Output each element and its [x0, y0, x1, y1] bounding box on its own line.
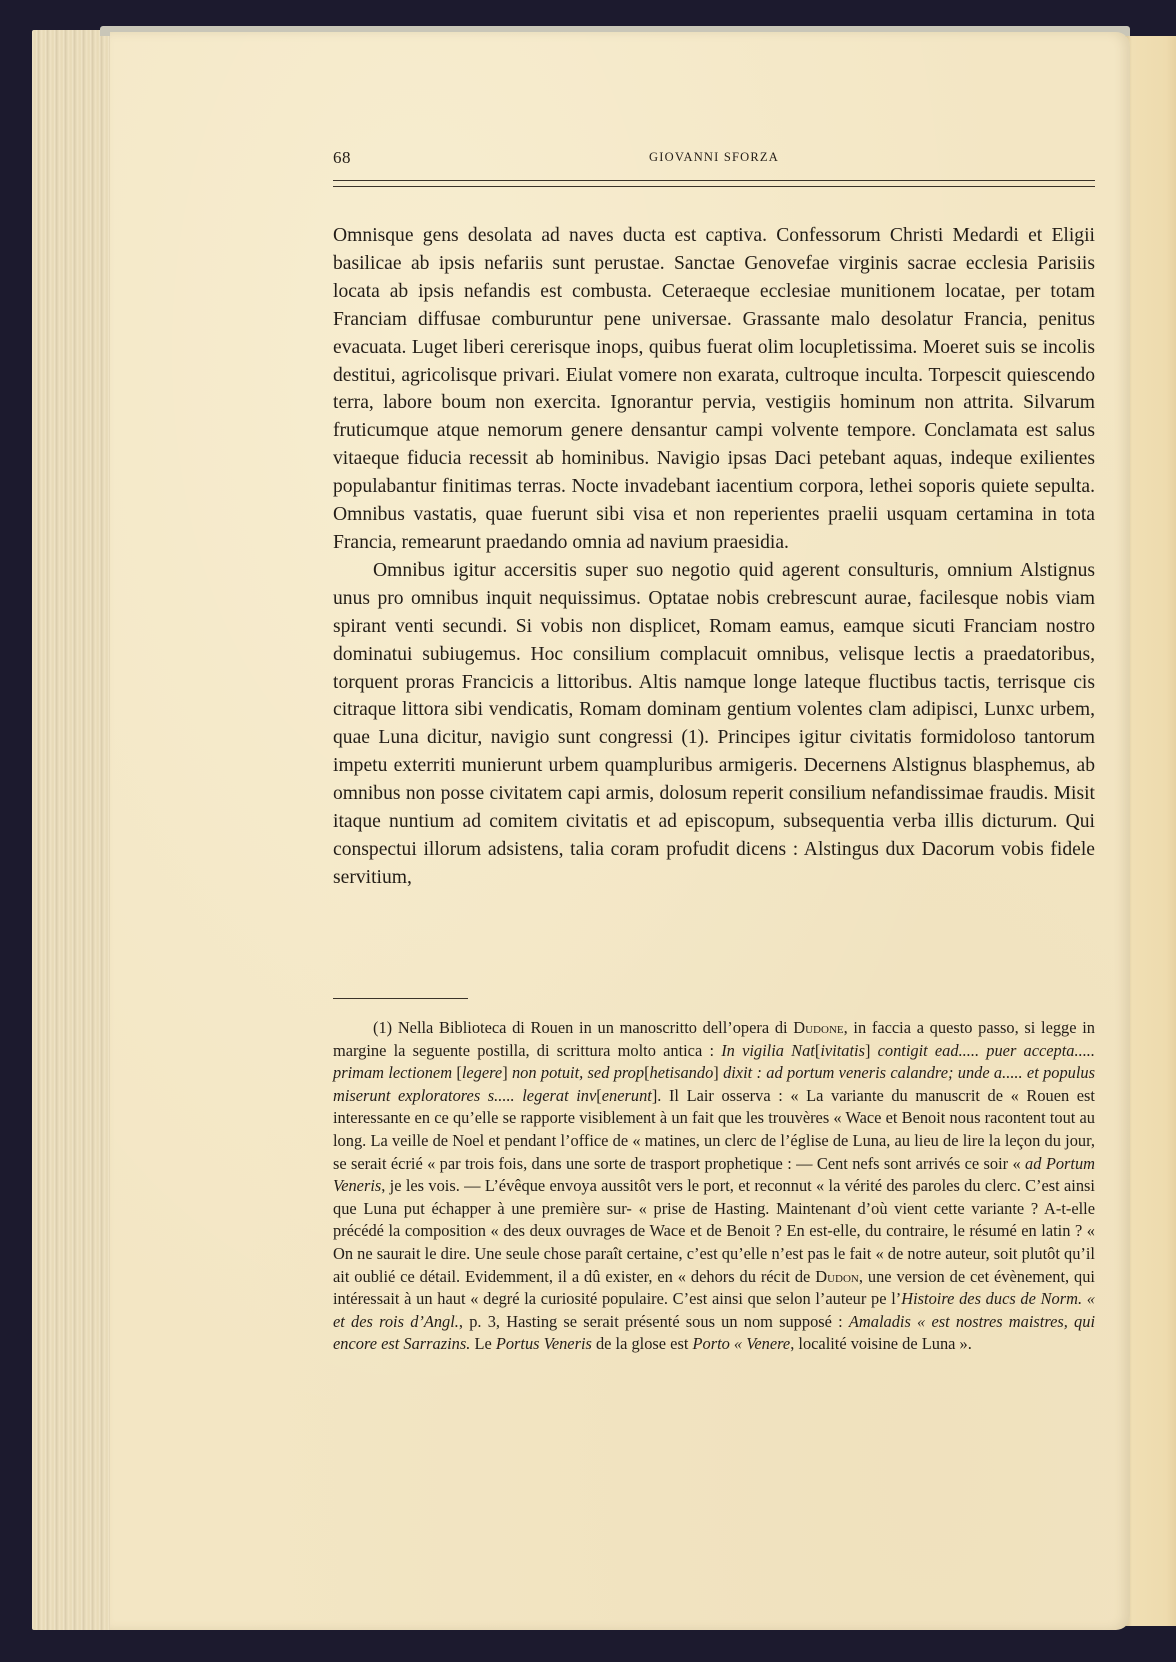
- footnote-1: (1) Nella Biblioteca di Rouen in un mano…: [333, 1017, 1095, 1356]
- footnote-segment: Dudone: [793, 1018, 843, 1037]
- header-double-rule: [333, 180, 1095, 187]
- footnotes: (1) Nella Biblioteca di Rouen in un mano…: [333, 1017, 1095, 1356]
- running-title: GIOVANNI SFORZA: [333, 150, 1095, 165]
- footnote-segment: Portus Veneris: [496, 1334, 592, 1353]
- footnote-segment: enerunt: [602, 1086, 652, 1105]
- page-header: 68 GIOVANNI SFORZA: [333, 148, 1095, 170]
- footnote-segment: In vigilia Nat: [721, 1041, 815, 1060]
- book-page-edges-left: [32, 30, 112, 1630]
- footnote-segment: , p. 3, Hasting se serait présenté sous …: [459, 1312, 849, 1331]
- paragraph: Omnibus igitur accersitis super suo nego…: [333, 557, 1095, 892]
- footnote-segment: Le: [470, 1334, 495, 1353]
- footnote-segment: non potuit, sed prop: [512, 1063, 644, 1082]
- main-text: Omnisque gens desolata ad naves ducta es…: [333, 222, 1095, 892]
- footnote-segment: hetisando: [650, 1063, 714, 1082]
- footnote-segment: legere: [462, 1063, 502, 1082]
- footnote-segment: ]: [713, 1063, 723, 1082]
- book-facing-page-edge: [1126, 36, 1176, 1626]
- footnote-segment: , localité voisine de Luna ».: [790, 1334, 972, 1353]
- paragraph: Omnisque gens desolata ad naves ducta es…: [333, 222, 1095, 557]
- footnote-text: Nella Biblioteca di Rouen in un manoscri…: [333, 1018, 1095, 1353]
- footnote-segment: Porto « Venere: [692, 1334, 790, 1353]
- footnote-segment: Nella Biblioteca di Rouen in un manoscri…: [392, 1018, 793, 1037]
- footnote-segment: Dudon: [815, 1267, 859, 1286]
- footnote-segment: ]: [502, 1063, 512, 1082]
- footnote-segment: ivitatis: [820, 1041, 865, 1060]
- footnote-segment: de la glose est: [592, 1334, 693, 1353]
- footnote-marker: (1): [373, 1018, 392, 1037]
- footnote-segment: ]: [865, 1041, 878, 1060]
- footnote-separator: [333, 998, 468, 999]
